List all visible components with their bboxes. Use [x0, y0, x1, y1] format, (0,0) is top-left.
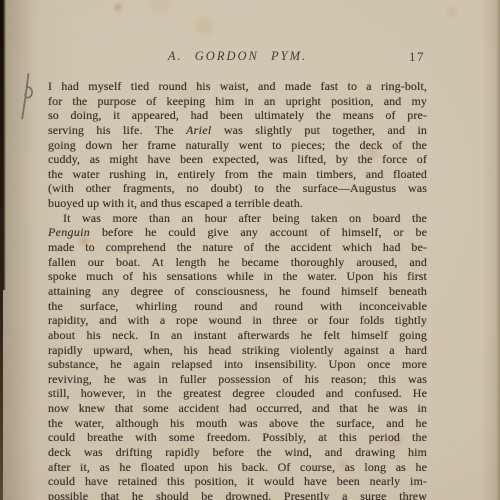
text-line: attaining any degree of consciousness, h… [48, 284, 427, 299]
text-line: so doing, it appeared, had been ultimate… [48, 108, 427, 123]
text-line: the water, although his mouth was above … [48, 416, 427, 431]
text-line: about his neck. In an instant afterwards… [48, 328, 427, 343]
page-text-block: I had myself tied round his waist, and m… [48, 79, 427, 500]
stain-spot [196, 17, 214, 35]
scan-left-edge [0, 0, 6, 290]
text-line: fallen our boat. At length he became tho… [48, 255, 427, 270]
scan-left-edge-line [0, 0, 3, 500]
text-line: reviving, he was in fuller possession of… [48, 372, 427, 387]
running-header-title: A. GORDON PYM. [168, 49, 307, 64]
page-number: 17 [409, 49, 425, 65]
text-line: substance, he again relapsed into insens… [48, 357, 427, 372]
stain-spot [148, 0, 172, 14]
text-line: could breathe with some freedom. Possibl… [48, 430, 427, 445]
text-line: deck was drifting rapidly before the win… [48, 445, 427, 460]
text-line: could have retained this position, it wo… [48, 474, 427, 489]
text-line: the surface, whirling round and round wi… [48, 299, 427, 314]
text-line: made to comprehend the nature of the acc… [48, 240, 427, 255]
page-header: A. GORDON PYM. 17 [48, 49, 427, 66]
scan-right-edge [496, 0, 500, 500]
text-line: the water rushing in, entirely from the … [48, 167, 427, 182]
scanned-book-page: A. GORDON PYM. 17 I had myself tied roun… [0, 0, 500, 500]
stain-spot [447, 7, 457, 17]
text-line: after it, as he floated upon his back. O… [48, 460, 427, 475]
text-line: now knew that some accident had occurred… [48, 401, 427, 416]
text-line: for the purpose of keeping him in an upr… [48, 94, 427, 109]
binding-shadow [0, 0, 36, 500]
text-line: I had myself tied round his waist, and m… [48, 79, 427, 94]
text-line: still, however, in the greatest degree c… [48, 386, 427, 401]
stain-spot [115, 4, 121, 10]
text-line: rapidity, and with a rope wound in three… [48, 313, 427, 328]
text-line: cuddy, as might have been expected, was … [48, 152, 427, 167]
text-line: possible that he should be drowned. Pres… [48, 489, 427, 500]
text-line: going down her frame naturally went to p… [48, 138, 427, 153]
text-line: serving his life. The Ariel was slightly… [48, 123, 427, 138]
text-line: spoke much of his sensations while in th… [48, 269, 427, 284]
text-line: It was more than an hour after being tak… [48, 211, 427, 226]
text-line: rapidly upward, when, his head striking … [48, 343, 427, 358]
text-line: (with other fragments, no doubt) to the … [48, 181, 427, 196]
text-line: buoyed up with it, and thus escaped a te… [48, 196, 427, 211]
text-line: Penguin before he could give any account… [48, 225, 427, 240]
